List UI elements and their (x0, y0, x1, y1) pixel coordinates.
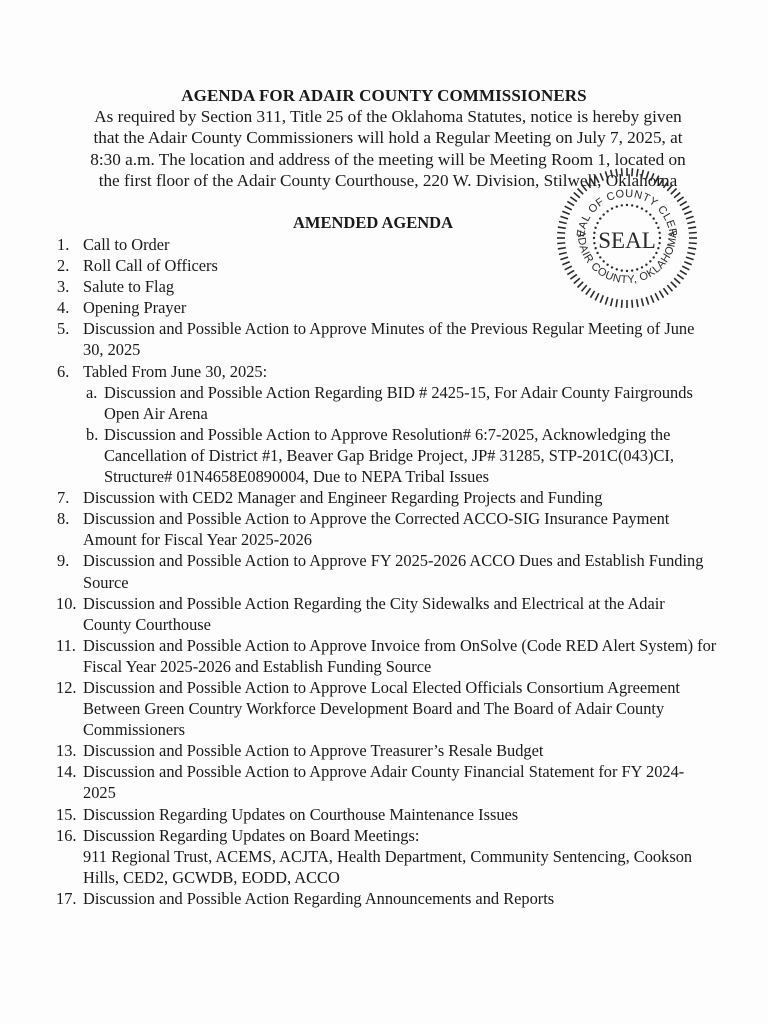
agenda-item-number: 15. (56, 804, 77, 825)
agenda-item-number: 8. (57, 508, 69, 529)
agenda-item-text: Discussion and Possible Action Regarding… (83, 889, 554, 908)
agenda-item: 11.Discussion and Possible Action to App… (57, 635, 717, 677)
agenda-item-number: 6. (57, 361, 69, 382)
agenda-item-text: Tabled From June 30, 2025: (83, 362, 267, 381)
agenda-item-number: 16. (56, 825, 77, 846)
agenda-item-number: 13. (56, 740, 77, 761)
agenda-item-text: Discussion and Possible Action to Approv… (83, 678, 680, 739)
agenda-item-text: Roll Call of Officers (83, 256, 218, 275)
agenda-item: 16.Discussion Regarding Updates on Board… (57, 825, 717, 888)
agenda-item: 17.Discussion and Possible Action Regard… (57, 888, 717, 909)
document-title: AGENDA FOR ADAIR COUNTY COMMISSIONERS (0, 86, 768, 106)
agenda-sub-item: a.Discussion and Possible Action Regardi… (83, 382, 717, 424)
agenda-item-number: 17. (56, 888, 77, 909)
agenda-item: 10.Discussion and Possible Action Regard… (57, 593, 717, 635)
agenda-sub-list: a.Discussion and Possible Action Regardi… (83, 382, 717, 487)
agenda-list: 1.Call to Order2.Roll Call of Officers3.… (57, 234, 717, 909)
agenda-item: 8.Discussion and Possible Action to Appr… (57, 508, 717, 550)
agenda-item: 9.Discussion and Possible Action to Appr… (57, 550, 717, 592)
agenda-sub-item-text: Discussion and Possible Action to Approv… (104, 425, 674, 486)
agenda-item-text: Call to Order (83, 235, 169, 254)
agenda-sub-item-letter: b. (86, 424, 98, 445)
agenda-item-text: Discussion and Possible Action Regarding… (83, 594, 665, 634)
agenda-item-text: Discussion and Possible Action to Approv… (83, 319, 694, 359)
agenda-item: 15.Discussion Regarding Updates on Court… (57, 804, 717, 825)
agenda-item-number: 12. (56, 677, 77, 698)
agenda-item: 13.Discussion and Possible Action to App… (57, 740, 717, 761)
document-page: AGENDA FOR ADAIR COUNTY COMMISSIONERS As… (0, 0, 768, 1024)
agenda-item-number: 14. (56, 761, 77, 782)
notice-line: 8:30 a.m. The location and address of th… (48, 149, 728, 170)
agenda-item-number: 3. (57, 276, 69, 297)
agenda-item: 5.Discussion and Possible Action to Appr… (57, 318, 717, 360)
agenda-item-number: 1. (57, 234, 69, 255)
agenda-sub-item-letter: a. (86, 382, 97, 403)
agenda-item-text: Discussion Regarding Updates on Courthou… (83, 805, 518, 824)
agenda-item-number: 7. (57, 487, 69, 508)
agenda-item-number: 4. (57, 297, 69, 318)
agenda-item-text: Discussion and Possible Action to Approv… (83, 762, 684, 802)
agenda-item: 14.Discussion and Possible Action to App… (57, 761, 717, 803)
notice-line: As required by Section 311, Title 25 of … (48, 106, 728, 127)
agenda-item-text: Discussion Regarding Updates on Board Me… (83, 826, 419, 845)
agenda-item-text: Salute to Flag (83, 277, 174, 296)
agenda-item-number: 2. (57, 255, 69, 276)
agenda-item-number: 11. (56, 635, 76, 656)
agenda-item-text: Discussion and Possible Action to Approv… (83, 741, 543, 760)
agenda-item-text: Discussion and Possible Action to Approv… (83, 551, 703, 591)
agenda-item-text: Discussion and Possible Action to Approv… (83, 636, 716, 676)
agenda-item: 7.Discussion with CED2 Manager and Engin… (57, 487, 717, 508)
agenda-item: 6.Tabled From June 30, 2025:a.Discussion… (57, 361, 717, 488)
agenda-sub-item: b.Discussion and Possible Action to Appr… (83, 424, 717, 487)
agenda-item-detail: 911 Regional Trust, ACEMS, ACJTA, Health… (83, 846, 717, 888)
agenda-item-text: Opening Prayer (83, 298, 186, 317)
svg-text:SEAL: SEAL (598, 228, 656, 253)
agenda-item-number: 9. (57, 550, 69, 571)
notice-line: that the Adair County Commissioners will… (48, 127, 728, 148)
agenda-item-text: Discussion and Possible Action to Approv… (83, 509, 669, 549)
agenda-item-text: Discussion with CED2 Manager and Enginee… (83, 488, 602, 507)
agenda-item-number: 10. (56, 593, 77, 614)
agenda-item: 12.Discussion and Possible Action to App… (57, 677, 717, 740)
agenda-item-number: 5. (57, 318, 69, 339)
county-clerk-seal-icon: SEAL OF COUNTY CLERK ADAIR COUNTY, OKLAH… (554, 168, 700, 308)
agenda-sub-item-text: Discussion and Possible Action Regarding… (104, 383, 693, 423)
